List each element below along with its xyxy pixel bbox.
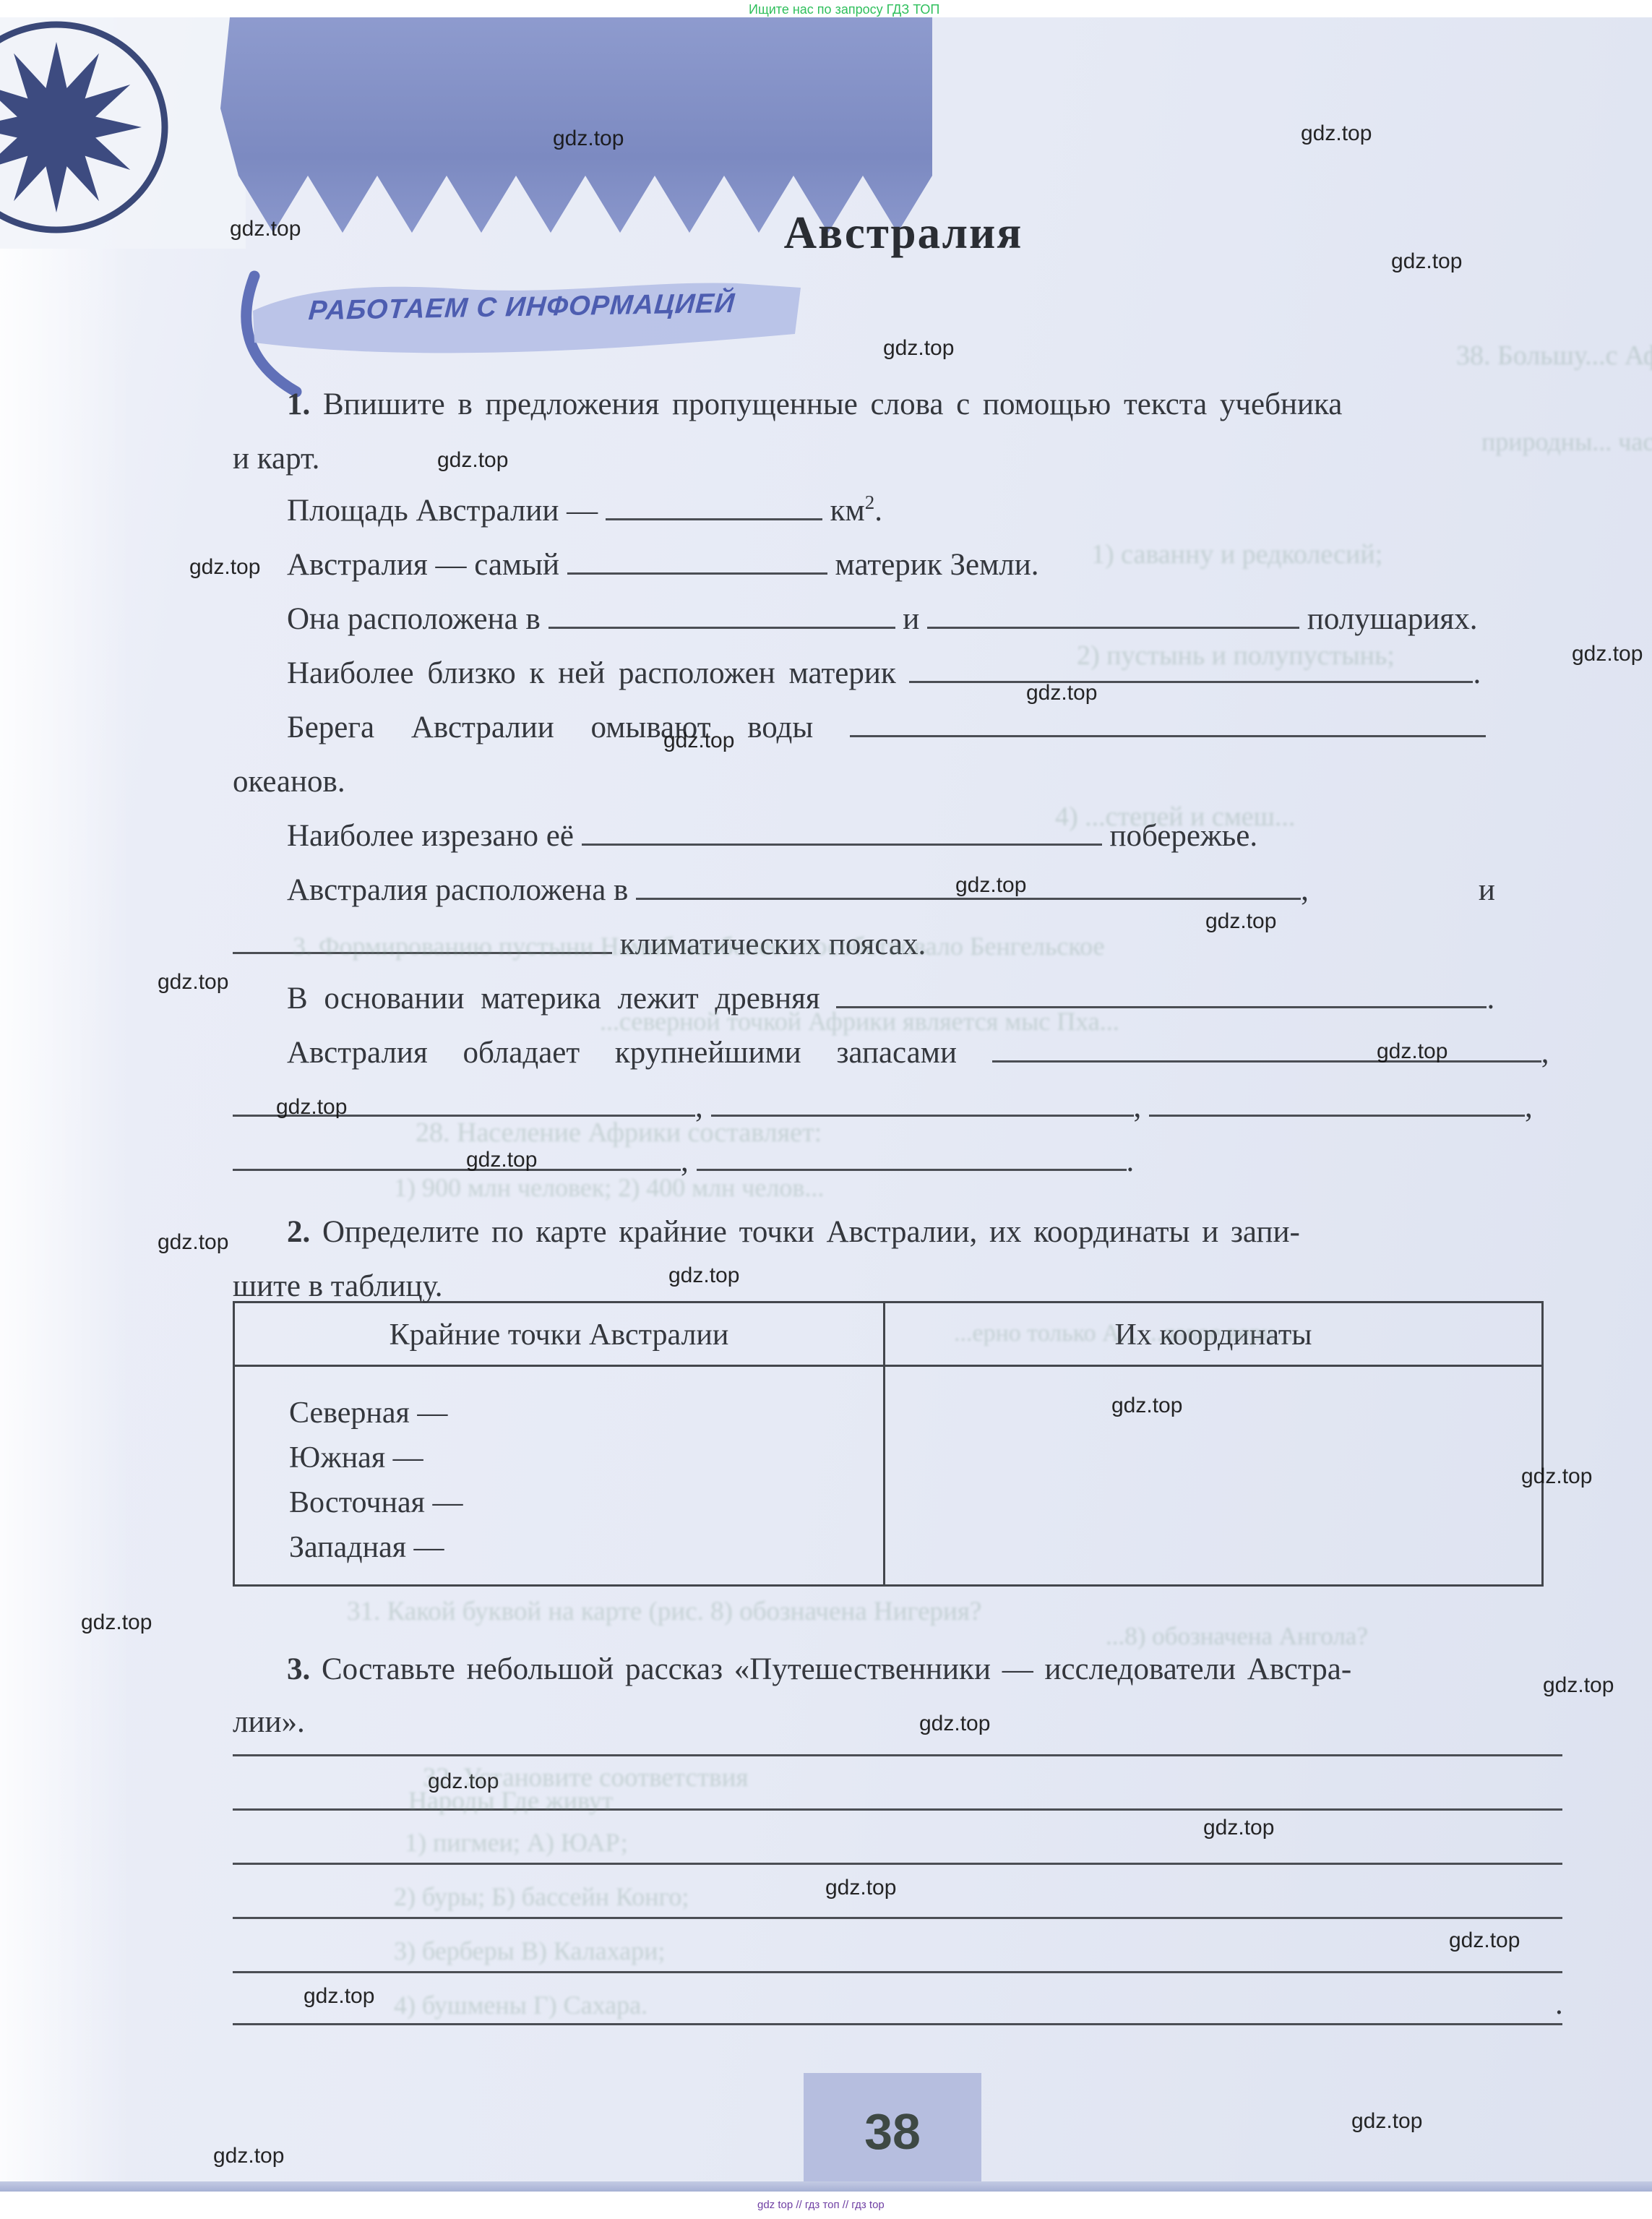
watermark: gdz.top	[304, 1984, 374, 2009]
bleedthrough-fragment: 2) буры; Б) бассейн Конго;	[394, 1881, 689, 1912]
text-run: Берега Австралии омывают воды	[287, 711, 850, 744]
page-title: Австралия	[737, 207, 1070, 259]
bleedthrough-fragment: 1) пигмеи; А) ЮАР;	[405, 1827, 628, 1858]
watermark: gdz.top	[663, 729, 734, 753]
exercise-line: Австралия — самый материк Земли.	[287, 546, 1039, 584]
writing-line[interactable]	[233, 1863, 1562, 1865]
table-row-west: Западная —	[289, 1530, 444, 1565]
watermark: gdz.top	[81, 1610, 152, 1635]
exercise-line: океанов.	[233, 763, 345, 801]
fill-in-blank[interactable]	[606, 515, 822, 520]
watermark: gdz.top	[919, 1712, 990, 1736]
bleedthrough-fragment: 3) берберы В) Калахари;	[394, 1936, 665, 1966]
watermark: gdz.top	[1111, 1394, 1182, 1418]
watermark: gdz.top	[1391, 249, 1462, 274]
coordinates-input-cell[interactable]	[885, 1367, 1541, 1584]
fill-in-blank[interactable]	[697, 1166, 1127, 1171]
watermark: gdz.top	[1205, 909, 1276, 934]
bleedthrough-fragment: 31. Какой буквой на карте (рис. 8) обозн…	[347, 1596, 981, 1627]
bleedthrough-fragment: 4) ...степей и смеш...	[1055, 801, 1295, 833]
fill-in-blank[interactable]	[567, 570, 827, 575]
bleedthrough-fragment: 2) пустынь и полупустынь;	[1077, 640, 1395, 671]
watermark: gdz.top	[1572, 642, 1643, 666]
text-run: ,	[1134, 1090, 1150, 1124]
promo-note-bottom: gdz top // гдз топ // гдз top	[757, 2199, 885, 2211]
bleedthrough-fragment: 4) бушмены Г) Сахара.	[394, 1990, 648, 2020]
text-run: 1.	[287, 387, 310, 421]
text-run: лии».	[233, 1705, 305, 1739]
bleedthrough-fragment: 3. Формированию пустыни Намиб наиболее с…	[293, 931, 1105, 961]
text-run: и	[1479, 873, 1495, 907]
text-run: океанов.	[233, 765, 345, 799]
text-run: ,	[1541, 1036, 1549, 1070]
text-run: ,	[1301, 873, 1309, 907]
exercise-line: Берега Австралии омывают воды	[287, 709, 1486, 747]
table-header-points: Крайние точки Австралии	[235, 1318, 883, 1352]
text-run: .	[1473, 656, 1481, 690]
watermark: gdz.top	[437, 448, 508, 473]
extreme-points-table: Крайние точки Австралии Их координаты Се…	[233, 1301, 1544, 1587]
exercise-line: Австралия обладает крупнейшими запасами …	[287, 1034, 1549, 1072]
table-row-south: Южная —	[289, 1441, 423, 1475]
text-run: и	[895, 602, 928, 636]
bleedthrough-fragment: 28. Население Африки составляет:	[416, 1117, 822, 1149]
watermark: gdz.top	[1351, 2109, 1422, 2134]
text-run: Она расположена в	[287, 602, 548, 636]
superscript: 2	[865, 492, 875, 513]
exercise-line: шите в таблицу.	[233, 1268, 442, 1305]
watermark: gdz.top	[230, 217, 301, 241]
text-run: материк Земли.	[827, 548, 1039, 582]
fill-in-blank[interactable]	[233, 1166, 681, 1171]
watermark: gdz.top	[1521, 1464, 1592, 1489]
text-run: Австралия — самый	[287, 548, 567, 582]
exercise-line: лии».	[233, 1704, 305, 1741]
exercise-line: Площадь Австралии — км2.	[287, 492, 882, 533]
watermark: gdz.top	[158, 970, 228, 995]
exercise-line: 3. Составьте небольшой рассказ «Путешест…	[287, 1651, 1351, 1688]
bleedthrough-fragment: природны... час	[1481, 426, 1652, 457]
writing-line[interactable]	[233, 2023, 1562, 2025]
watermark: gdz.top	[213, 2144, 284, 2168]
exercise-line: и карт.	[233, 440, 319, 478]
exercise-line: Она расположена в и полушариях.	[287, 601, 1477, 638]
fill-in-blank[interactable]	[1149, 1112, 1525, 1117]
text-run: 3.	[287, 1652, 310, 1686]
writing-line[interactable]	[233, 1971, 1562, 1973]
sentence-end-period: .	[1555, 1986, 1563, 2022]
text-run: ,	[1525, 1090, 1533, 1124]
text-run: Составьте небольшой рассказ «Путешествен…	[310, 1652, 1351, 1686]
watermark: gdz.top	[1377, 1039, 1447, 1064]
bleedthrough-fragment: ...северной точкой Африки является мыс П…	[600, 1006, 1119, 1036]
writing-line[interactable]	[233, 1754, 1562, 1756]
text-run: .	[1487, 982, 1494, 1016]
watermark: gdz.top	[825, 1876, 896, 1900]
spacer	[1309, 899, 1479, 900]
text-run: Площадь Австралии —	[287, 494, 606, 528]
watermark: gdz.top	[1026, 681, 1097, 705]
watermark: gdz.top	[1301, 121, 1372, 146]
bleedthrough-fragment: ...8) обозначена Ангола?	[1106, 1622, 1368, 1651]
text-run: полушариях.	[1299, 602, 1477, 636]
scanned-workbook-page: Австралия РАБОТАЕМ С ИНФОРМАЦИЕЙ Крайние…	[0, 0, 1652, 2219]
text-run: шите в таблицу.	[233, 1269, 442, 1303]
fill-in-blank[interactable]	[711, 1112, 1134, 1117]
text-run: Определите по карте крайние точки Австра…	[310, 1215, 1300, 1249]
text-run: Наиболее близко к ней расположен материк	[287, 656, 909, 690]
fill-in-blank[interactable]	[927, 624, 1299, 629]
text-run: Австралия расположена в	[287, 873, 636, 907]
bleedthrough-fragment: ...ерно только А... ...лавое верн...	[954, 1320, 1294, 1347]
text-run: .	[874, 494, 882, 528]
page-number: 38	[804, 2073, 981, 2190]
watermark: gdz.top	[668, 1263, 739, 1288]
bleedthrough-fragment: 38. Большу...с Афр	[1456, 340, 1652, 372]
fill-in-blank[interactable]	[992, 1057, 1541, 1063]
promo-note-top: Ищите нас по запросу ГДЗ ТОП	[749, 2, 939, 17]
text-run: и карт.	[233, 442, 319, 476]
text-run: Австралия обладает крупнейшими запасами	[287, 1036, 992, 1070]
watermark: gdz.top	[955, 873, 1026, 898]
text-run: 2.	[287, 1215, 310, 1249]
header-band-decoration	[217, 17, 932, 233]
exercise-line: Австралия расположена в ,и	[287, 872, 1495, 909]
bleedthrough-fragment: 1) 900 млн человек; 2) 400 млн челов...	[394, 1172, 824, 1203]
text-run: Впишите в предложения пропущенные слова …	[310, 387, 1342, 421]
watermark: gdz.top	[466, 1148, 537, 1172]
watermark: gdz.top	[1449, 1928, 1520, 1953]
text-run: Наиболее изрезано её	[287, 819, 582, 853]
table-row-north: Северная —	[289, 1396, 447, 1430]
watermark: gdz.top	[553, 126, 624, 151]
watermark: gdz.top	[883, 336, 954, 361]
bleedthrough-fragment: Народы Где живут	[408, 1785, 613, 1816]
watermark: gdz.top	[276, 1095, 347, 1120]
exercise-line: 1. Впишите в предложения пропущенные сло…	[287, 386, 1342, 424]
watermark: gdz.top	[1543, 1673, 1614, 1698]
text-run: км	[822, 494, 865, 528]
exercise-line: 2. Определите по карте крайние точки Авс…	[287, 1214, 1300, 1251]
watermark: gdz.top	[158, 1230, 228, 1255]
page-number-box: 38	[804, 2073, 981, 2190]
paper-bottom-edge	[0, 2181, 1652, 2192]
fill-in-blank[interactable]	[548, 624, 895, 629]
table-row-east: Восточная —	[289, 1485, 463, 1520]
watermark: gdz.top	[189, 555, 260, 580]
fill-in-blank[interactable]	[582, 841, 1102, 846]
watermark: gdz.top	[1203, 1816, 1274, 1840]
fill-in-blank[interactable]	[850, 732, 1486, 737]
writing-line[interactable]	[233, 1917, 1562, 1919]
bleedthrough-fragment: 1) саванну и редколесий;	[1091, 538, 1382, 570]
fill-in-blank[interactable]	[909, 678, 1473, 683]
text-run: .	[1127, 1144, 1135, 1178]
